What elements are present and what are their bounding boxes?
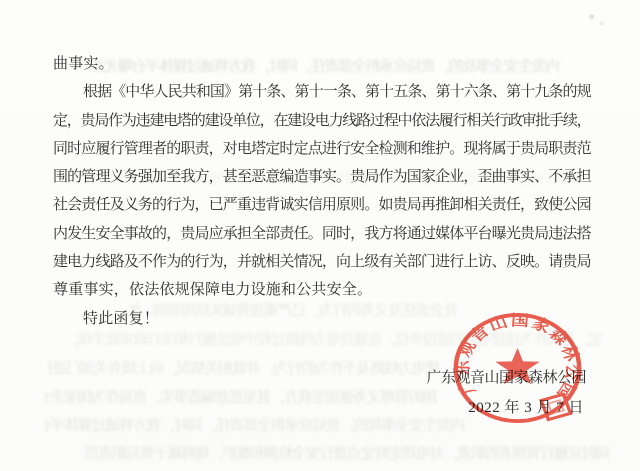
ghost-line: 围的管理义务强加至我方，甚至恶意编造事实。贵局作为国家企业，歪曲事实、不承担 — [45, 388, 437, 408]
scanned-letter-page: 内发生安全事故的，贵局应承担全部责任。同时，我方将通过媒体平台曝光贵局违法搭 同… — [0, 0, 640, 471]
seal-square-mark — [541, 394, 570, 419]
body-line: 同时应履行管理者的职责，对电塔定时定点进行安全检测和维护。现将属于贵局职责范 — [53, 135, 590, 163]
body-line: 建电力线路及不作为的行为，并就相关情况，向上级有关部门进行上访、反映。请贵局 — [53, 248, 590, 276]
body-line: 曲事实。 — [53, 50, 590, 78]
body-line: 围的管理义务强加至我方，甚至恶意编造事实。贵局作为国家企业，歪曲事实、不承担 — [53, 163, 590, 191]
scan-speck — [578, 8, 612, 30]
body-line: 根据《中华人民共和国》第十条、第十一条、第十五条、第十六条、第十九条的规 — [53, 78, 590, 106]
body-line: 尊重事实，依法依规保障电力设施和公共安全。 — [53, 276, 590, 304]
ghost-line: 内发生安全事故的，贵局应承担全部责任。同时，我方将通过媒体平台曝光贵局违法搭 — [45, 416, 465, 436]
body-line: 定，贵局作为违建电塔的建设单位，在建设电力线路过程中依法履行相关行政审批手续， — [53, 107, 590, 135]
body-text: 曲事实。根据《中华人民共和国》第十条、第十一条、第十五条、第十六条、第十九条的规… — [53, 50, 590, 333]
body-line: 内发生安全事故的，贵局应承担全部责任。同时，我方将通过媒体平台曝光贵局违法搭 — [53, 220, 590, 248]
star-icon — [495, 348, 539, 384]
body-line: 社会责任及义务的行为，已严重违背诚实信用原则。如贵局再推卸相关责任，致使公园 — [53, 191, 590, 219]
ghost-line: 同时应履行管理者的职责，对电塔定时定点进行安全检测和维护。现将属于贵局职责范 — [45, 444, 610, 464]
ghost-line: 建电力线路及不作为的行为，并就相关情况，向上级有关部门进行上访、反映。请贵局 — [48, 359, 440, 379]
official-seal: 广东观音山国家森林公园 — [449, 309, 586, 427]
